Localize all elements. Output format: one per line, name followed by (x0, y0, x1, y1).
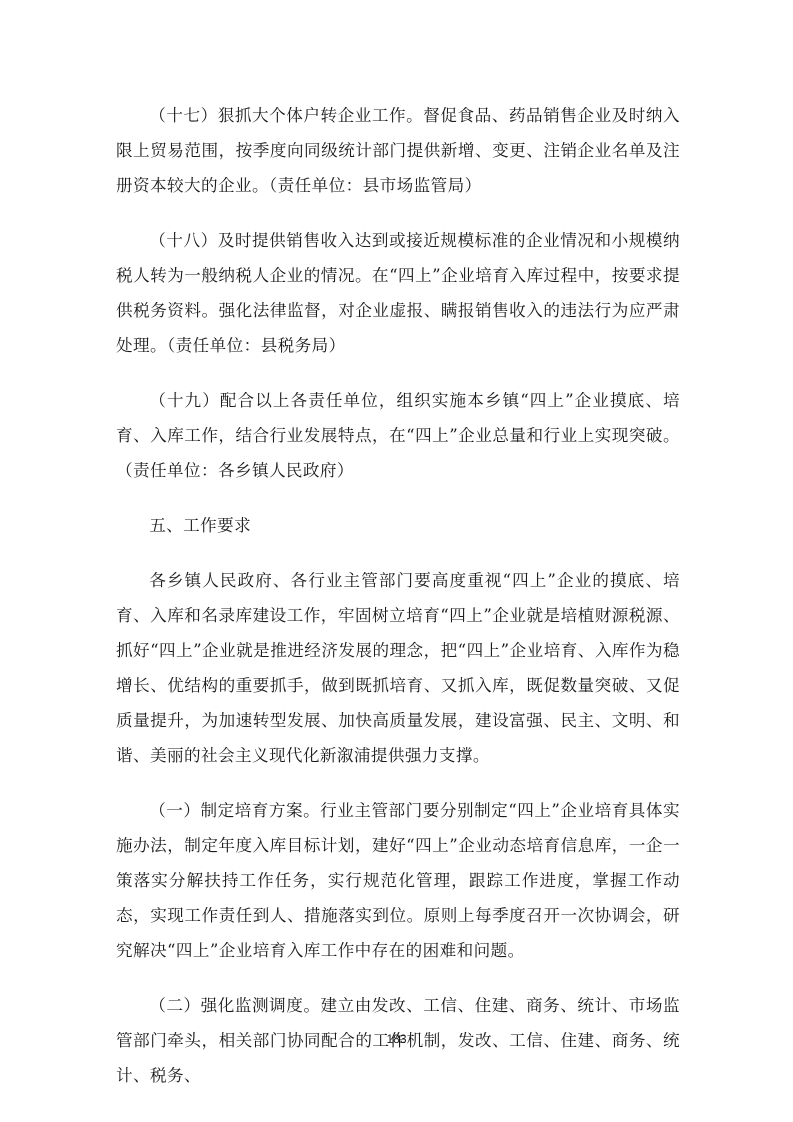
paragraph-item-1: （一）制定培育方案。行业主管部门要分别制定“四上”企业培育具体实施办法，制定年度… (116, 793, 680, 968)
paragraph-item-19: （十九）配合以上各责任单位，组织实施本乡镇“四上”企业摸底、培育、入库工作，结合… (116, 383, 680, 488)
paragraph-item-18: （十八）及时提供销售收入达到或接近规模标准的企业情况和小规模纳税人转为一般纳税人… (116, 223, 680, 363)
page-number: 183 (0, 1032, 793, 1046)
paragraph-body-intro: 各乡镇人民政府、各行业主管部门要高度重视“四上”企业的摸底、培育、入库和名录库建… (116, 563, 680, 773)
section-heading-work-requirements: 五、工作要求 (116, 508, 680, 543)
document-page: （十七）狠抓大个体户转企业工作。督促食品、药品销售企业及时纳入限上贸易范围，按季… (116, 98, 680, 1093)
paragraph-item-17: （十七）狠抓大个体户转企业工作。督促食品、药品销售企业及时纳入限上贸易范围，按季… (116, 98, 680, 203)
